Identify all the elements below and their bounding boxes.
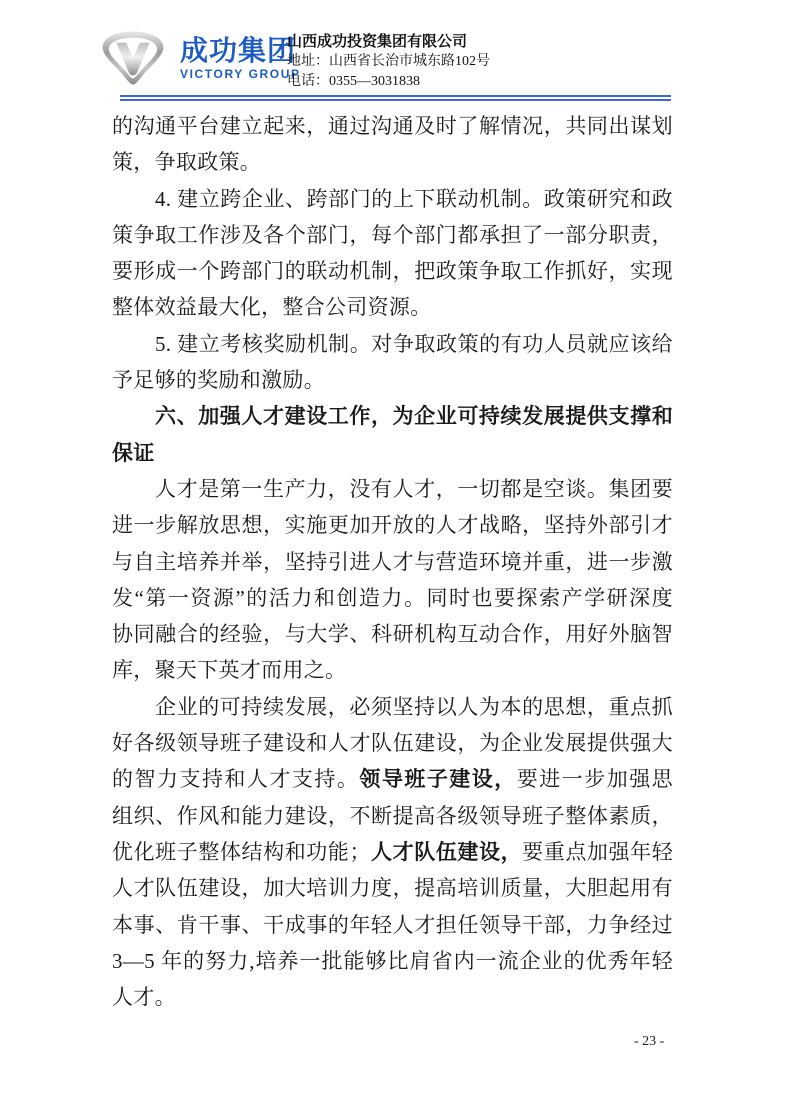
company-logo: 成功集团 VICTORY GROUP <box>96 28 301 88</box>
text-line: 5. 建立考核奖励机制。对争取政策的有功人员就应该给 <box>112 326 673 362</box>
text-line: 企业的可持续发展，必须坚持以人为本的思想，重点抓 <box>112 689 673 725</box>
text-line: 要形成一个跨部门的联动机制，把政策争取工作抓好，实现 <box>112 253 673 289</box>
text-line: 人才。 <box>112 979 673 1015</box>
header-divider-rule <box>120 95 671 101</box>
text-line: 策争取工作涉及各个部门，每个部门都承担了一部分职责， <box>112 217 673 253</box>
company-info: 山西成功投资集团有限公司 地址：山西省长治市城东路102号 电话：0355—30… <box>287 34 490 89</box>
page-number: - 23 - <box>634 1034 664 1050</box>
text-line: 的智力支持和人才支持。领导班子建设，要进一步加强思想、 <box>112 761 673 797</box>
text-line: 人才是第一生产力，没有人才，一切都是空谈。集团要 <box>112 471 673 507</box>
text-line: 好各级领导班子建设和人才队伍建设，为企业发展提供强大 <box>112 725 673 761</box>
document-lines: 的沟通平台建立起来，通过沟通及时了解情况，共同出谋划策，争取政策。4. 建立跨企… <box>112 108 673 1015</box>
text-line: 六、加强人才建设工作，为企业可持续发展提供支撑和 <box>112 398 673 434</box>
company-address: 地址：山西省长治市城东路102号 <box>287 55 490 69</box>
brand-name-en: VICTORY GROUP <box>180 68 301 80</box>
text-line: 协同融合的经验，与大学、科研机构互动合作，用好外脑智 <box>112 616 673 652</box>
brand-wordmark: 成功集团 VICTORY GROUP <box>180 37 301 80</box>
company-phone: 电话：0355—3031838 <box>287 75 490 89</box>
text-line: 予足够的奖励和激励。 <box>112 362 673 398</box>
text-line: 本事、肯干事、干成事的年轻人才担任领导干部，力争经过 <box>112 907 673 943</box>
brand-name-cn: 成功集团 <box>180 37 301 65</box>
text-line: 发“第一资源”的活力和创造力。同时也要探索产学研深度 <box>112 580 673 616</box>
company-name: 山西成功投资集团有限公司 <box>287 34 490 49</box>
text-line: 保证 <box>112 435 673 471</box>
text-line: 4. 建立跨企业、跨部门的上下联动机制。政策研究和政 <box>112 181 673 217</box>
text-line: 的沟通平台建立起来，通过沟通及时了解情况，共同出谋划 <box>112 108 673 144</box>
text-line: 进一步解放思想，实施更加开放的人才战略，坚持外部引才 <box>112 507 673 543</box>
text-line: 与自主培养并举，坚持引进人才与营造环境并重，进一步激 <box>112 544 673 580</box>
document-page: 成功集团 VICTORY GROUP 山西成功投资集团有限公司 地址：山西省长治… <box>0 0 790 1118</box>
text-line: 人才队伍建设，加大培训力度，提高培训质量，大胆起用有 <box>112 870 673 906</box>
text-line: 3—5 年的努力,培养一批能够比肩省内一流企业的优秀年轻 <box>112 943 673 979</box>
text-line: 整体效益最大化，整合公司资源。 <box>112 289 673 325</box>
text-line: 策，争取政策。 <box>112 144 673 180</box>
text-line: 组织、作风和能力建设，不断提高各级领导班子整体素质， <box>112 798 673 834</box>
text-line: 优化班子整体结构和功能；人才队伍建设，要重点加强年轻 <box>112 834 673 870</box>
victory-v-emblem-icon <box>96 28 170 88</box>
text-line: 库，聚天下英才而用之。 <box>112 652 673 688</box>
